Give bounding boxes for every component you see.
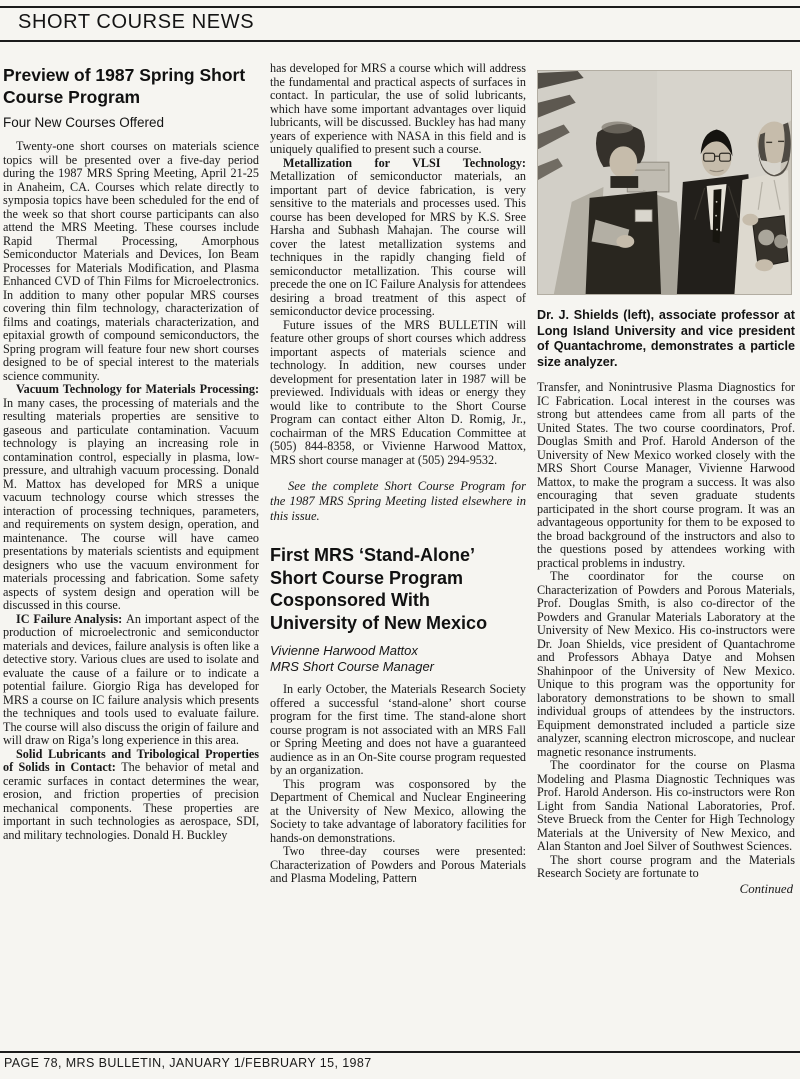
paragraph-lead: IC Failure Analysis: [16,612,126,626]
column-right: Dr. J. Shields (left), associate profess… [537,62,795,1050]
paragraph-text: has developed for MRS a course which wil… [270,62,526,156]
paragraph-lead: Metallization for VLSI Technology: [283,156,526,170]
paragraph-text: Future issues of the MRS BULLETIN will f… [270,318,526,467]
paragraph-text: The coordinator for the course on Plasma… [537,758,795,853]
paragraph: Future issues of the MRS BULLETIN will f… [270,319,526,468]
paragraph-text: An important aspect of the production of… [3,612,259,748]
article-photo-image [538,71,791,294]
paragraph: The short course program and the Materia… [537,854,795,881]
paragraph-text: Transfer, and Nonintrusive Plasma Diagno… [537,380,795,570]
preview-article-subtitle: Four New Courses Offered [3,114,259,131]
paragraph: Metallization for VLSI Technology: Metal… [270,157,526,319]
paragraph: Vacuum Technology for Materials Processi… [3,383,259,613]
paragraph: This program was cosponsored by the Depa… [270,778,526,846]
paragraph: Two three-day courses were presented: Ch… [270,845,526,886]
footer-rule [0,1051,800,1053]
paragraph-text: The short course program and the Materia… [537,853,795,881]
paragraph-text: In many cases, the processing of materia… [3,396,259,613]
masthead-title: SHORT COURSE NEWS [18,11,254,34]
continued-marker: Continued [537,882,793,896]
masthead-bottom-rule [0,40,800,42]
paragraph: Solid Lubricants and Tribological Proper… [3,748,259,843]
paragraph-text: This program was cosponsored by the Depa… [270,777,526,845]
article-photo [537,70,792,295]
paragraph: IC Failure Analysis: An important aspect… [3,613,259,748]
paragraph: has developed for MRS a course which wil… [270,62,526,157]
paragraph-text: Twenty-one short courses on materials sc… [3,139,259,383]
byline-name: Vivienne Harwood Mattox [270,643,526,659]
paragraph: The coordinator for the course on Charac… [537,570,795,759]
byline: Vivienne Harwood Mattox MRS Short Course… [270,643,526,674]
photo-caption: Dr. J. Shields (left), associate profess… [537,308,795,370]
paragraph: In early October, the Materials Research… [270,683,526,778]
paragraph-text: Metallization of semiconductor materials… [270,169,526,318]
course-program-note: See the complete Short Course Program fo… [270,479,526,524]
paragraph-text: Two three-day courses were presented: Ch… [270,844,526,885]
byline-role: MRS Short Course Manager [270,659,526,675]
preview-article-title: Preview of 1987 Spring Short Course Prog… [3,64,255,108]
paragraph-text: The coordinator for the course on Charac… [537,569,795,759]
paragraph: Twenty-one short courses on materials sc… [3,140,259,383]
footer-text: PAGE 78, MRS BULLETIN, JANUARY 1/FEBRUAR… [4,1056,372,1070]
paragraph: The coordinator for the course on Plasma… [537,759,795,854]
paragraph-text: In early October, the Materials Research… [270,682,526,777]
column-left: Preview of 1987 Spring Short Course Prog… [3,62,259,1050]
paragraph: Transfer, and Nonintrusive Plasma Diagno… [537,381,795,570]
magazine-page: SHORT COURSE NEWS Preview of 1987 Spring… [0,0,800,1079]
standalone-article-title: First MRS ‘Stand-Alone’ Short Course Pro… [270,544,510,634]
right-column-body: Transfer, and Nonintrusive Plasma Diagno… [537,381,795,896]
column-middle: has developed for MRS a course which wil… [270,62,526,1050]
paragraph-lead: Vacuum Technology for Materials Processi… [16,382,259,396]
top-rule [0,6,800,8]
